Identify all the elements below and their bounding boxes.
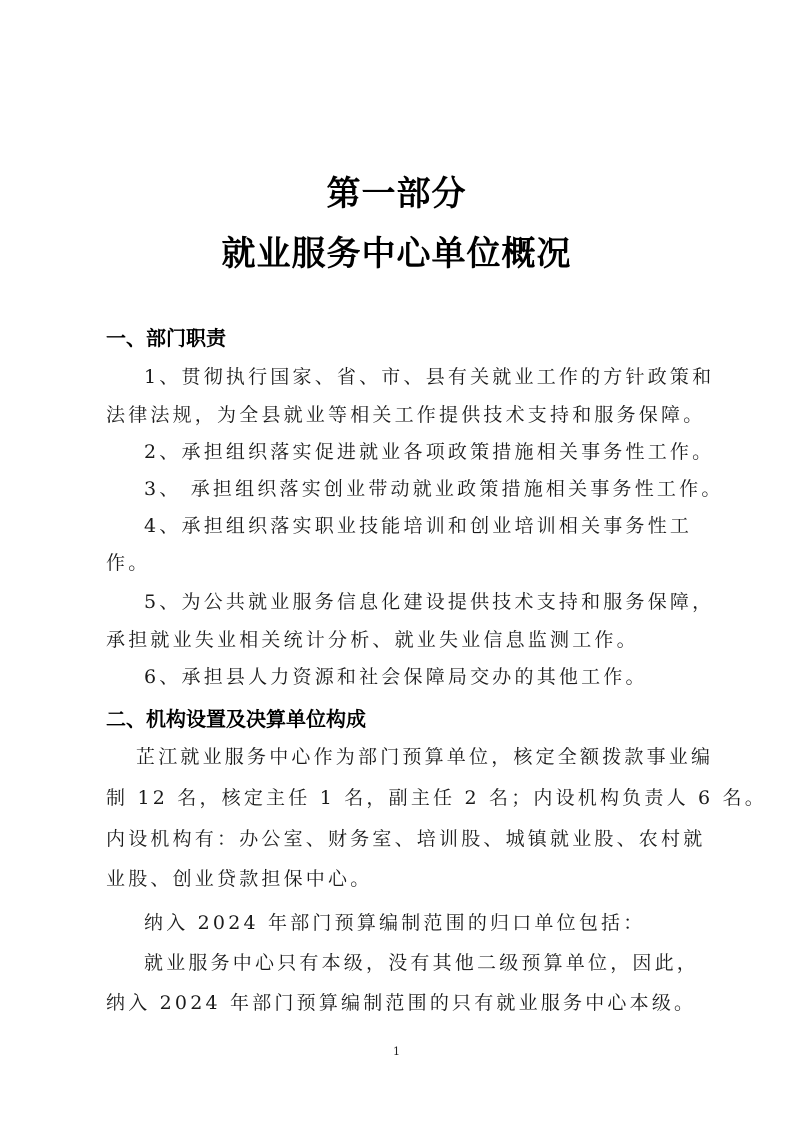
- section-heading-duties: 一、部门职责: [106, 322, 226, 351]
- paragraph-line: 业股、创业贷款担保中心。: [106, 864, 690, 891]
- page-number: 1: [0, 1045, 793, 1058]
- paragraph-line: 1、贯彻执行国家、省、市、县有关就业工作的方针政策和: [144, 362, 728, 389]
- paragraph-line: 4、承担组织落实职业技能培训和创业培训相关事务性工: [144, 511, 728, 538]
- paragraph-line: 2、承担组织落实促进就业各项政策措施相关事务性工作。: [144, 437, 728, 464]
- paragraph-line: 承担就业失业相关统计分析、就业失业信息监测工作。: [106, 625, 690, 652]
- part-title: 第一部分: [0, 166, 793, 215]
- paragraph-line: 纳入 2024 年部门预算编制范围的只有就业服务中心本级。: [106, 988, 690, 1015]
- paragraph-line: 法律法规，为全县就业等相关工作提供技术支持和服务保障。: [106, 400, 690, 427]
- section-heading-organization: 二、机构设置及决算单位构成: [106, 703, 366, 732]
- paragraph-line: 6、承担县人力资源和社会保障局交办的其他工作。: [144, 662, 728, 689]
- paragraph-line: 制 12 名，核定主任 1 名，副主任 2 名；内设机构负责人 6 名。: [106, 783, 690, 810]
- paragraph-line: 芷江就业服务中心作为部门预算单位，核定全额拨款事业编: [136, 742, 696, 769]
- unit-title: 就业服务中心单位概况: [0, 226, 793, 275]
- paragraph-line: 3、 承担组织落实创业带动就业政策措施相关事务性工作。: [144, 474, 728, 501]
- paragraph-line: 就业服务中心只有本级，没有其他二级预算单位，因此，: [144, 948, 728, 975]
- paragraph-line: 作。: [106, 548, 690, 575]
- paragraph-line: 内设机构有：办公室、财务室、培训股、城镇就业股、农村就: [106, 824, 690, 851]
- paragraph-line: 5、为公共就业服务信息化建设提供技术支持和服务保障，: [144, 587, 728, 614]
- paragraph-line: 纳入 2024 年部门预算编制范围的归口单位包括：: [144, 908, 728, 935]
